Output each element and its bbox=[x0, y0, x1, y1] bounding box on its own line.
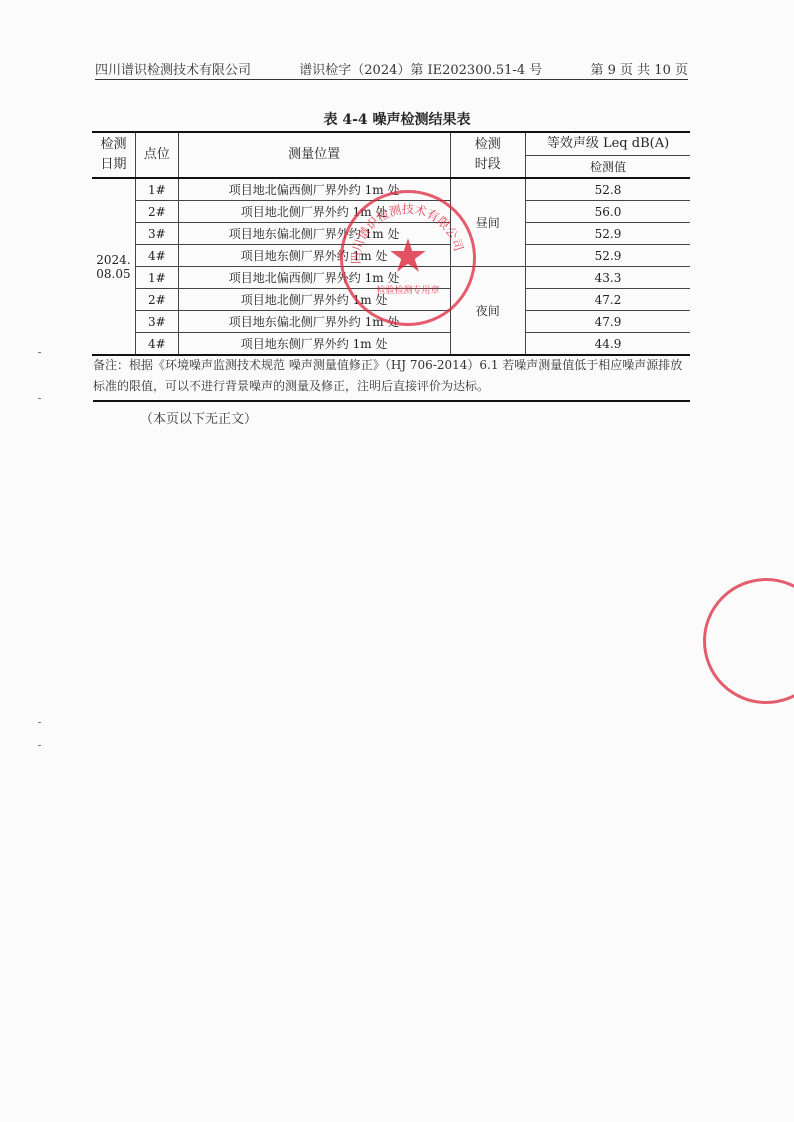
point-cell: 3# bbox=[135, 223, 178, 245]
table-row: 4#项目地东侧厂界外约 1m 处44.9 bbox=[92, 333, 690, 356]
seal-text: 四川谱识检测技术有限公司 检验检测专用章 bbox=[343, 193, 473, 323]
report-number: 谱识检字（2024）第 IE202300.51-4 号 bbox=[299, 59, 542, 79]
value-cell: 44.9 bbox=[526, 333, 690, 356]
value-cell: 47.2 bbox=[526, 289, 690, 311]
point-cell: 2# bbox=[135, 201, 178, 223]
margin-mark bbox=[38, 722, 41, 723]
edge-seal-fragment bbox=[703, 578, 794, 704]
header-location: 测量位置 bbox=[178, 132, 450, 178]
point-cell: 3# bbox=[135, 311, 178, 333]
location-cell: 项目地东侧厂界外约 1m 处 bbox=[178, 333, 450, 356]
header-leq: 等效声级 Leq dB(A) bbox=[526, 132, 690, 156]
company-seal: ★ 四川谱识检测技术有限公司 检验检测专用章 bbox=[340, 190, 476, 326]
margin-mark bbox=[38, 745, 41, 746]
point-cell: 1# bbox=[135, 178, 178, 201]
margin-mark bbox=[38, 352, 41, 353]
company-name: 四川谱识检测技术有限公司 bbox=[95, 59, 251, 79]
svg-text:检验检测专用章: 检验检测专用章 bbox=[376, 284, 439, 296]
point-cell: 4# bbox=[135, 333, 178, 356]
point-cell: 4# bbox=[135, 245, 178, 267]
end-of-text-note: （本页以下无正文） bbox=[140, 408, 257, 427]
point-cell: 1# bbox=[135, 267, 178, 289]
header-value: 检测值 bbox=[526, 156, 690, 179]
page-number: 第 9 页 共 10 页 bbox=[591, 59, 688, 79]
value-cell: 52.8 bbox=[526, 178, 690, 201]
value-cell: 47.9 bbox=[526, 311, 690, 333]
header-period: 检测时段 bbox=[450, 132, 525, 178]
point-cell: 2# bbox=[135, 289, 178, 311]
header-point: 点位 bbox=[135, 132, 178, 178]
table-title: 表 4-4 噪声检测结果表 bbox=[0, 109, 794, 129]
svg-text:四川谱识检测技术有限公司: 四川谱识检测技术有限公司 bbox=[349, 201, 466, 264]
value-cell: 43.3 bbox=[526, 267, 690, 289]
value-cell: 52.9 bbox=[526, 245, 690, 267]
value-cell: 52.9 bbox=[526, 223, 690, 245]
value-cell: 56.0 bbox=[526, 201, 690, 223]
margin-mark bbox=[38, 398, 41, 399]
table-note: 备注：根据《环境噪声监测技术规范 噪声测量值修正》（HJ 706-2014）6.… bbox=[93, 355, 690, 402]
page-header: 四川谱识检测技术有限公司 谱识检字（2024）第 IE202300.51-4 号… bbox=[95, 59, 688, 80]
header-date: 检测日期 bbox=[92, 132, 135, 178]
date-cell: 2024.08.05 bbox=[92, 178, 135, 355]
